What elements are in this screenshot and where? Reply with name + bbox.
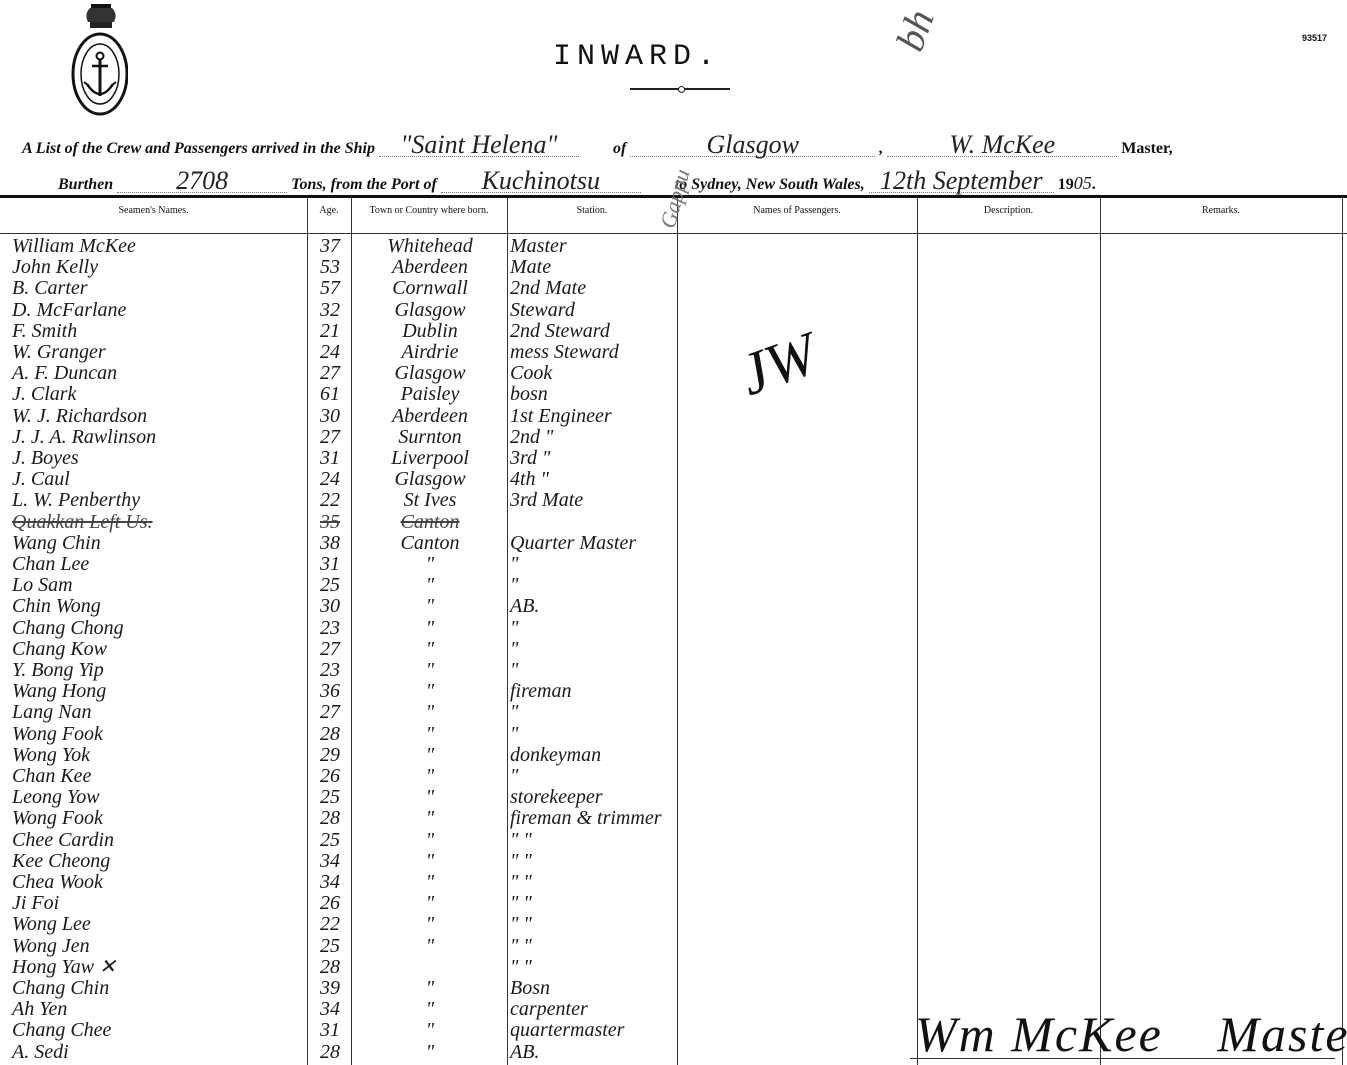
crew-age: 23 bbox=[310, 660, 350, 681]
crew-birthplace: " bbox=[355, 724, 505, 745]
column-header-town: Town or Country where born. bbox=[351, 205, 507, 216]
crew-name: Chang Chee bbox=[12, 1020, 302, 1041]
crew-row: Wong Lee22"" " bbox=[0, 914, 1347, 935]
crew-age: 57 bbox=[310, 278, 350, 299]
column-header-passengers: Names of Passengers. bbox=[677, 205, 917, 216]
crew-row: F. Smith21Dublin2nd Steward bbox=[0, 321, 1347, 342]
crew-age: 27 bbox=[310, 702, 350, 723]
crew-name: Wong Fook bbox=[12, 808, 302, 829]
crew-station: donkeyman bbox=[510, 745, 670, 766]
crew-row: W. J. Richardson30Aberdeen1st Engineer bbox=[0, 406, 1347, 427]
crew-row: Chang Chin39"Bosn bbox=[0, 978, 1347, 999]
column-header-station: Station. bbox=[507, 205, 677, 216]
port-of-registry-field[interactable]: Glasgow bbox=[630, 134, 875, 157]
crew-name: Wong Yok bbox=[12, 745, 302, 766]
crew-row: Quakkan Left Us.35Canton bbox=[0, 512, 1347, 533]
crew-row: W. Granger24Airdriemess Steward bbox=[0, 342, 1347, 363]
crew-station: 3rd " bbox=[510, 448, 670, 469]
crew-age: 30 bbox=[310, 596, 350, 617]
page-title: INWARD. bbox=[553, 40, 721, 74]
master-name-field[interactable]: W. McKee bbox=[887, 134, 1117, 157]
crew-station: mess Steward bbox=[510, 342, 670, 363]
crew-age: 24 bbox=[310, 469, 350, 490]
crew-age: 31 bbox=[310, 1020, 350, 1041]
crew-age: 29 bbox=[310, 745, 350, 766]
crew-list-label: A List of the Crew and Passengers arrive… bbox=[22, 140, 375, 157]
column-header-names: Seamen's Names. bbox=[0, 205, 307, 216]
crew-age: 25 bbox=[310, 830, 350, 851]
crew-row: J. J. A. Rawlinson27Surnton2nd " bbox=[0, 427, 1347, 448]
crew-row: Wong Fook28"" bbox=[0, 724, 1347, 745]
crew-birthplace: " bbox=[355, 787, 505, 808]
crew-row: William McKee37WhiteheadMaster bbox=[0, 236, 1347, 257]
crew-birthplace: Whitehead bbox=[355, 236, 505, 257]
crew-station: carpenter bbox=[510, 999, 670, 1020]
crew-name: L. W. Penberthy bbox=[12, 490, 302, 511]
crew-name: D. McFarlane bbox=[12, 300, 302, 321]
arrival-date-field[interactable]: 12th September bbox=[869, 170, 1054, 193]
crew-age: 31 bbox=[310, 554, 350, 575]
crew-name: W. Granger bbox=[12, 342, 302, 363]
column-header-age: Age. bbox=[307, 205, 351, 216]
crew-birthplace: Glasgow bbox=[355, 363, 505, 384]
document-number: 93517 bbox=[1302, 33, 1327, 43]
crew-age: 53 bbox=[310, 257, 350, 278]
crew-name: Chang Chong bbox=[12, 618, 302, 639]
year-prefix: 19 bbox=[1058, 176, 1074, 193]
crew-station: bosn bbox=[510, 384, 670, 405]
crew-row: John Kelly53AberdeenMate bbox=[0, 257, 1347, 278]
departure-port-field[interactable]: Kuchinotsu bbox=[441, 170, 641, 193]
crew-birthplace: " bbox=[355, 575, 505, 596]
crew-birthplace: " bbox=[355, 596, 505, 617]
crew-name: Leong Yow bbox=[12, 787, 302, 808]
crew-birthplace: " bbox=[355, 745, 505, 766]
anchor-icon bbox=[70, 4, 128, 116]
crew-age: 27 bbox=[310, 639, 350, 660]
crew-birthplace: Canton bbox=[355, 533, 505, 554]
crew-age: 26 bbox=[310, 766, 350, 787]
crew-row: Wang Chin38CantonQuarter Master bbox=[0, 533, 1347, 554]
crew-age: 23 bbox=[310, 618, 350, 639]
crew-station: Mate bbox=[510, 257, 670, 278]
crew-row: Hong Yaw ✕28" " bbox=[0, 957, 1347, 978]
crew-station: 1st Engineer bbox=[510, 406, 670, 427]
crew-row: J. Boyes31Liverpool3rd " bbox=[0, 448, 1347, 469]
crew-station: " " bbox=[510, 893, 670, 914]
crew-name: Chee Cardin bbox=[12, 830, 302, 851]
crew-row: Chan Lee31"" bbox=[0, 554, 1347, 575]
crew-name: Wong Lee bbox=[12, 914, 302, 935]
crew-name: Wong Fook bbox=[12, 724, 302, 745]
crew-birthplace: Aberdeen bbox=[355, 406, 505, 427]
crew-birthplace: " bbox=[355, 618, 505, 639]
crew-row: L. W. Penberthy22St Ives3rd Mate bbox=[0, 490, 1347, 511]
crew-row: Y. Bong Yip23"" bbox=[0, 660, 1347, 681]
crew-row: Chan Kee26"" bbox=[0, 766, 1347, 787]
crew-station: Bosn bbox=[510, 978, 670, 999]
crew-row: J. Clark61Paisleybosn bbox=[0, 384, 1347, 405]
crew-station: Cook bbox=[510, 363, 670, 384]
crew-age: 30 bbox=[310, 406, 350, 427]
crew-name: Chan Kee bbox=[12, 766, 302, 787]
crew-station: 2nd " bbox=[510, 427, 670, 448]
crew-name: F. Smith bbox=[12, 321, 302, 342]
crew-birthplace: Paisley bbox=[355, 384, 505, 405]
crew-row: Chang Chong23"" bbox=[0, 618, 1347, 639]
crew-birthplace: Liverpool bbox=[355, 448, 505, 469]
crew-station: storekeeper bbox=[510, 787, 670, 808]
crew-station: " bbox=[510, 766, 670, 787]
crew-birthplace: Surnton bbox=[355, 427, 505, 448]
crew-age: 31 bbox=[310, 448, 350, 469]
crew-name: Chan Lee bbox=[12, 554, 302, 575]
crew-name: Lang Nan bbox=[12, 702, 302, 723]
crew-station: " bbox=[510, 724, 670, 745]
crew-birthplace: " bbox=[355, 999, 505, 1020]
crew-age: 28 bbox=[310, 808, 350, 829]
crew-row: Lang Nan27"" bbox=[0, 702, 1347, 723]
crew-age: 34 bbox=[310, 999, 350, 1020]
crew-age: 28 bbox=[310, 724, 350, 745]
crew-row: Wang Hong36"fireman bbox=[0, 681, 1347, 702]
crew-birthplace: " bbox=[355, 681, 505, 702]
crew-station: AB. bbox=[510, 1042, 670, 1063]
crew-age: 25 bbox=[310, 787, 350, 808]
crew-station: " bbox=[510, 575, 670, 596]
signature-title: Master bbox=[1217, 1006, 1347, 1062]
crew-birthplace: " bbox=[355, 893, 505, 914]
crew-row: D. McFarlane32GlasgowSteward bbox=[0, 300, 1347, 321]
crew-name: Wang Chin bbox=[12, 533, 302, 554]
crew-station: AB. bbox=[510, 596, 670, 617]
column-header-remarks: Remarks. bbox=[1100, 205, 1342, 216]
crew-name: B. Carter bbox=[12, 278, 302, 299]
crew-station: Quarter Master bbox=[510, 533, 670, 554]
crew-name: J. J. A. Rawlinson bbox=[12, 427, 302, 448]
crew-birthplace: " bbox=[355, 914, 505, 935]
crew-row: B. Carter57Cornwall2nd Mate bbox=[0, 278, 1347, 299]
crew-age: 61 bbox=[310, 384, 350, 405]
crew-age: 28 bbox=[310, 957, 350, 978]
crew-station: " " bbox=[510, 872, 670, 893]
crew-row: Wong Jen25"" " bbox=[0, 936, 1347, 957]
shipping-masters-seal bbox=[70, 4, 128, 116]
crew-station: fireman & trimmer bbox=[510, 808, 670, 829]
crew-birthplace: " bbox=[355, 639, 505, 660]
crew-row: Wong Yok29"donkeyman bbox=[0, 745, 1347, 766]
crew-station: " bbox=[510, 554, 670, 575]
crew-birthplace: Cornwall bbox=[355, 278, 505, 299]
tons-from-label: Tons, from the Port of bbox=[291, 176, 437, 193]
crew-station: 4th " bbox=[510, 469, 670, 490]
crew-station: " " bbox=[510, 957, 670, 978]
crew-row: Chee Cardin25"" " bbox=[0, 830, 1347, 851]
crew-row: Chin Wong30"AB. bbox=[0, 596, 1347, 617]
crew-row: Ji Foi26"" " bbox=[0, 893, 1347, 914]
crew-name: Chin Wong bbox=[12, 596, 302, 617]
crew-birthplace: Dublin bbox=[355, 321, 505, 342]
crew-name: A. Sedi bbox=[12, 1042, 302, 1063]
crew-name: Ji Foi bbox=[12, 893, 302, 914]
crew-name: Chang Chin bbox=[12, 978, 302, 999]
crew-row: Lo Sam25"" bbox=[0, 575, 1347, 596]
crew-station: 2nd Steward bbox=[510, 321, 670, 342]
of-label: of bbox=[613, 140, 626, 157]
crew-age: 25 bbox=[310, 575, 350, 596]
crew-birthplace: " bbox=[355, 936, 505, 957]
crew-birthplace: " bbox=[355, 554, 505, 575]
crew-age: 34 bbox=[310, 851, 350, 872]
burthen-label: Burthen bbox=[58, 176, 113, 193]
crew-birthplace: Aberdeen bbox=[355, 257, 505, 278]
crew-birthplace: Glasgow bbox=[355, 300, 505, 321]
crew-birthplace: " bbox=[355, 702, 505, 723]
voyage-line-1: A List of the Crew and Passengers arrive… bbox=[22, 134, 1342, 158]
crew-name: J. Boyes bbox=[12, 448, 302, 469]
crew-station: 2nd Mate bbox=[510, 278, 670, 299]
master-label: Master, bbox=[1121, 140, 1172, 157]
crew-station: " " bbox=[510, 851, 670, 872]
crew-age: 22 bbox=[310, 914, 350, 935]
crew-age: 24 bbox=[310, 342, 350, 363]
crew-name: Wang Hong bbox=[12, 681, 302, 702]
crew-row: Chang Kow27"" bbox=[0, 639, 1347, 660]
master-signature: Wm McKee Master bbox=[915, 1005, 1347, 1063]
destination-label: to Sydney, New South Wales, bbox=[675, 176, 865, 193]
crew-name: A. F. Duncan bbox=[12, 363, 302, 384]
crew-age: 35 bbox=[310, 512, 350, 533]
crew-station: Master bbox=[510, 236, 670, 257]
crew-name: Ah Yen bbox=[12, 999, 302, 1020]
crew-age: 32 bbox=[310, 300, 350, 321]
crew-birthplace: Glasgow bbox=[355, 469, 505, 490]
crew-name: Chang Kow bbox=[12, 639, 302, 660]
crew-row: Chea Wook34"" " bbox=[0, 872, 1347, 893]
crew-birthplace: Canton bbox=[355, 512, 505, 533]
crew-age: 28 bbox=[310, 1042, 350, 1063]
crew-birthplace: " bbox=[355, 978, 505, 999]
crew-station: " bbox=[510, 660, 670, 681]
crew-row: Leong Yow25"storekeeper bbox=[0, 787, 1347, 808]
crew-birthplace: Airdrie bbox=[355, 342, 505, 363]
crew-age: 25 bbox=[310, 936, 350, 957]
voyage-line-2: Burthen 2708 Tons, from the Port of Kuch… bbox=[58, 170, 1347, 194]
crew-birthplace: " bbox=[355, 851, 505, 872]
table-header-rule bbox=[0, 233, 1347, 234]
crew-name: Lo Sam bbox=[12, 575, 302, 596]
crew-station: fireman bbox=[510, 681, 670, 702]
crew-birthplace: " bbox=[355, 808, 505, 829]
crew-birthplace: " bbox=[355, 766, 505, 787]
crew-name: Y. Bong Yip bbox=[12, 660, 302, 681]
crew-age: 36 bbox=[310, 681, 350, 702]
crew-name: Quakkan Left Us. bbox=[12, 512, 302, 533]
crew-age: 39 bbox=[310, 978, 350, 999]
title-ornament-rule bbox=[630, 88, 730, 90]
crew-name: Chea Wook bbox=[12, 872, 302, 893]
crew-name: William McKee bbox=[12, 236, 302, 257]
signature-name: Wm McKee bbox=[915, 1006, 1163, 1062]
crew-row: J. Caul24Glasgow4th " bbox=[0, 469, 1347, 490]
crew-name: Kee Cheong bbox=[12, 851, 302, 872]
column-header-description: Description. bbox=[917, 205, 1100, 216]
crew-birthplace: " bbox=[355, 1020, 505, 1041]
crew-age: 27 bbox=[310, 427, 350, 448]
ship-name-field[interactable]: "Saint Helena" bbox=[379, 134, 579, 157]
crew-name: John Kelly bbox=[12, 257, 302, 278]
crew-name: W. J. Richardson bbox=[12, 406, 302, 427]
crew-station: " bbox=[510, 639, 670, 660]
crew-birthplace: " bbox=[355, 1042, 505, 1063]
year-suffix-field[interactable]: 05 bbox=[1074, 172, 1092, 194]
crew-station: " " bbox=[510, 830, 670, 851]
crew-age: 38 bbox=[310, 533, 350, 554]
crew-birthplace: " bbox=[355, 830, 505, 851]
burthen-tons-field[interactable]: 2708 bbox=[117, 170, 287, 193]
crew-birthplace: " bbox=[355, 872, 505, 893]
crew-station: " bbox=[510, 702, 670, 723]
crew-age: 21 bbox=[310, 321, 350, 342]
crew-name: J. Caul bbox=[12, 469, 302, 490]
crew-age: 27 bbox=[310, 363, 350, 384]
crew-name: Hong Yaw ✕ bbox=[12, 957, 302, 978]
crew-age: 37 bbox=[310, 236, 350, 257]
crew-station: Steward bbox=[510, 300, 670, 321]
crew-row: A. F. Duncan27GlasgowCook bbox=[0, 363, 1347, 384]
crew-station: " " bbox=[510, 936, 670, 957]
crew-station: " " bbox=[510, 914, 670, 935]
crew-age: 22 bbox=[310, 490, 350, 511]
crew-birthplace: St Ives bbox=[355, 490, 505, 511]
crew-age: 34 bbox=[310, 872, 350, 893]
crew-name: J. Clark bbox=[12, 384, 302, 405]
crew-name: Wong Jen bbox=[12, 936, 302, 957]
crew-birthplace: " bbox=[355, 660, 505, 681]
crew-row: Kee Cheong34"" " bbox=[0, 851, 1347, 872]
crew-age: 26 bbox=[310, 893, 350, 914]
crew-station: quartermaster bbox=[510, 1020, 670, 1041]
marginal-initials: bh bbox=[886, 3, 944, 57]
crew-station: " bbox=[510, 618, 670, 639]
crew-row: Wong Fook28"fireman & trimmer bbox=[0, 808, 1347, 829]
crew-station: 3rd Mate bbox=[510, 490, 670, 511]
signature-rule bbox=[910, 1058, 1335, 1059]
